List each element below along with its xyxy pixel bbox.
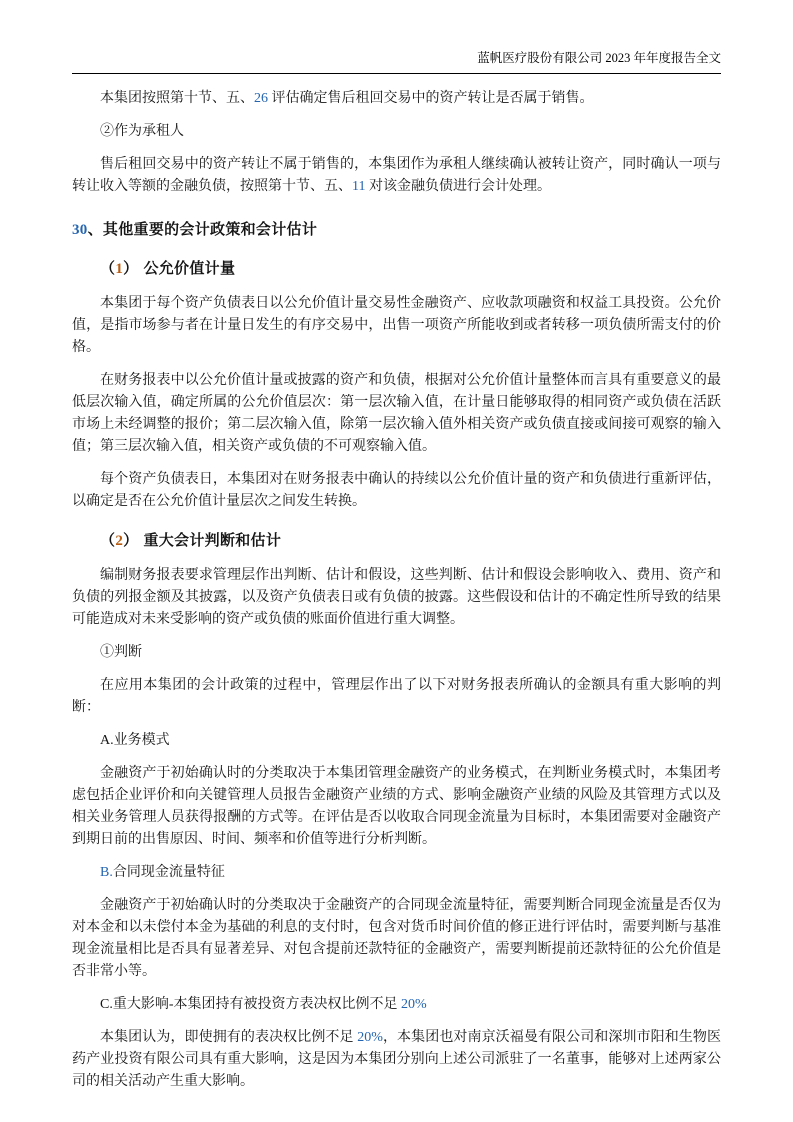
percent-value: 20% <box>401 997 427 1012</box>
para-as-lessee-label: ②作为承租人 <box>72 121 721 143</box>
item-title: 业务模式 <box>114 733 170 748</box>
para-judgement-intro: 在应用本集团的会计政策的过程中，管理层作出了以下对财务报表所确认的金额具有重大影… <box>72 675 721 719</box>
header-rule <box>72 73 721 74</box>
para-item-c-significant-influence: C.重大影响-本集团持有被投资方表决权比例不足 20% <box>72 994 721 1016</box>
para-judgement-label: ①判断 <box>72 642 721 664</box>
page-header-title: 蓝帆医疗股份有限公司 2023 年年度报告全文 <box>72 50 721 73</box>
para-business-model-detail: 金融资产于初始确认时的分类取决于本集团管理金融资产的业务模式，在判断业务模式时，… <box>72 763 721 851</box>
text-run: C.重大影响-本集团持有被投资方表决权比例不足 <box>100 997 401 1012</box>
paren-open: （ <box>100 533 115 549</box>
subsection-title: 重大会计判断和估计 <box>143 533 281 549</box>
para-fair-value-reassessment: 每个资产负债表日，本集团对在财务报表中确认的持续以公允价值计量的资产和负债进行重… <box>72 469 721 513</box>
section-title: 其他重要的会计政策和会计估计 <box>103 222 317 238</box>
percent-value: 20% <box>357 1030 383 1045</box>
item-letter: B. <box>100 865 113 880</box>
document-body: 本集团按照第十节、五、26 评估确定售后租回交易中的资产转让是否属于销售。 ②作… <box>72 88 721 1093</box>
ref-number: 11 <box>352 179 365 194</box>
para-sale-leaseback-assessment: 本集团按照第十节、五、26 评估确定售后租回交易中的资产转让是否属于销售。 <box>72 88 721 110</box>
text-run: 本集团认为，即使拥有的表决权比例不足 <box>100 1030 357 1045</box>
heading-section-30: 30、其他重要的会计政策和会计估计 <box>72 219 721 241</box>
para-significant-influence-detail: 本集团认为，即使拥有的表决权比例不足 20%，本集团也对南京沃福曼有限公司和深圳… <box>72 1027 721 1093</box>
text-run: 评估确定售后租回交易中的资产转让是否属于销售。 <box>268 91 594 106</box>
paren-close: ） <box>123 261 138 277</box>
para-fair-value-definition: 本集团于每个资产负债表日以公允价值计量交易性金融资产、应收款项融资和权益工具投资… <box>72 293 721 359</box>
para-estimates-uncertainty: 编制财务报表要求管理层作出判断、估计和假设，这些判断、估计和假设会影响收入、费用… <box>72 565 721 631</box>
paren-open: （ <box>100 261 115 277</box>
heading-significant-judgements: （2）重大会计判断和估计 <box>72 530 721 552</box>
paren-close: ） <box>123 533 138 549</box>
para-transfer-not-sale: 售后租回交易中的资产转让不属于销售的，本集团作为承租人继续确认被转让资产，同时确… <box>72 154 721 198</box>
subsection-number: 1 <box>115 261 123 277</box>
para-item-a-business-model: A.业务模式 <box>72 730 721 752</box>
subsection-title: 公允价值计量 <box>143 261 235 277</box>
report-page: 蓝帆医疗股份有限公司 2023 年年度报告全文 本集团按照第十节、五、26 评估… <box>0 0 793 1122</box>
para-cash-flow-detail: 金融资产于初始确认时的分类取决于金融资产的合同现金流量特征，需要判断合同现金流量… <box>72 895 721 983</box>
section-separator: 、 <box>88 222 103 238</box>
item-letter: A. <box>100 733 114 748</box>
para-item-b-cash-flow: B.合同现金流量特征 <box>72 862 721 884</box>
heading-fair-value-measurement: （1）公允价值计量 <box>72 258 721 280</box>
subsection-number: 2 <box>115 533 123 549</box>
text-run: 本集团按照第十节、五、 <box>100 91 254 106</box>
text-run: 对该金融负债进行会计处理。 <box>365 179 551 194</box>
ref-number: 26 <box>254 91 268 106</box>
para-fair-value-levels: 在财务报表中以公允价值计量或披露的资产和负债，根据对公允价值计量整体而言具有重要… <box>72 370 721 458</box>
item-title: 合同现金流量特征 <box>113 865 225 880</box>
section-number: 30 <box>72 222 88 238</box>
